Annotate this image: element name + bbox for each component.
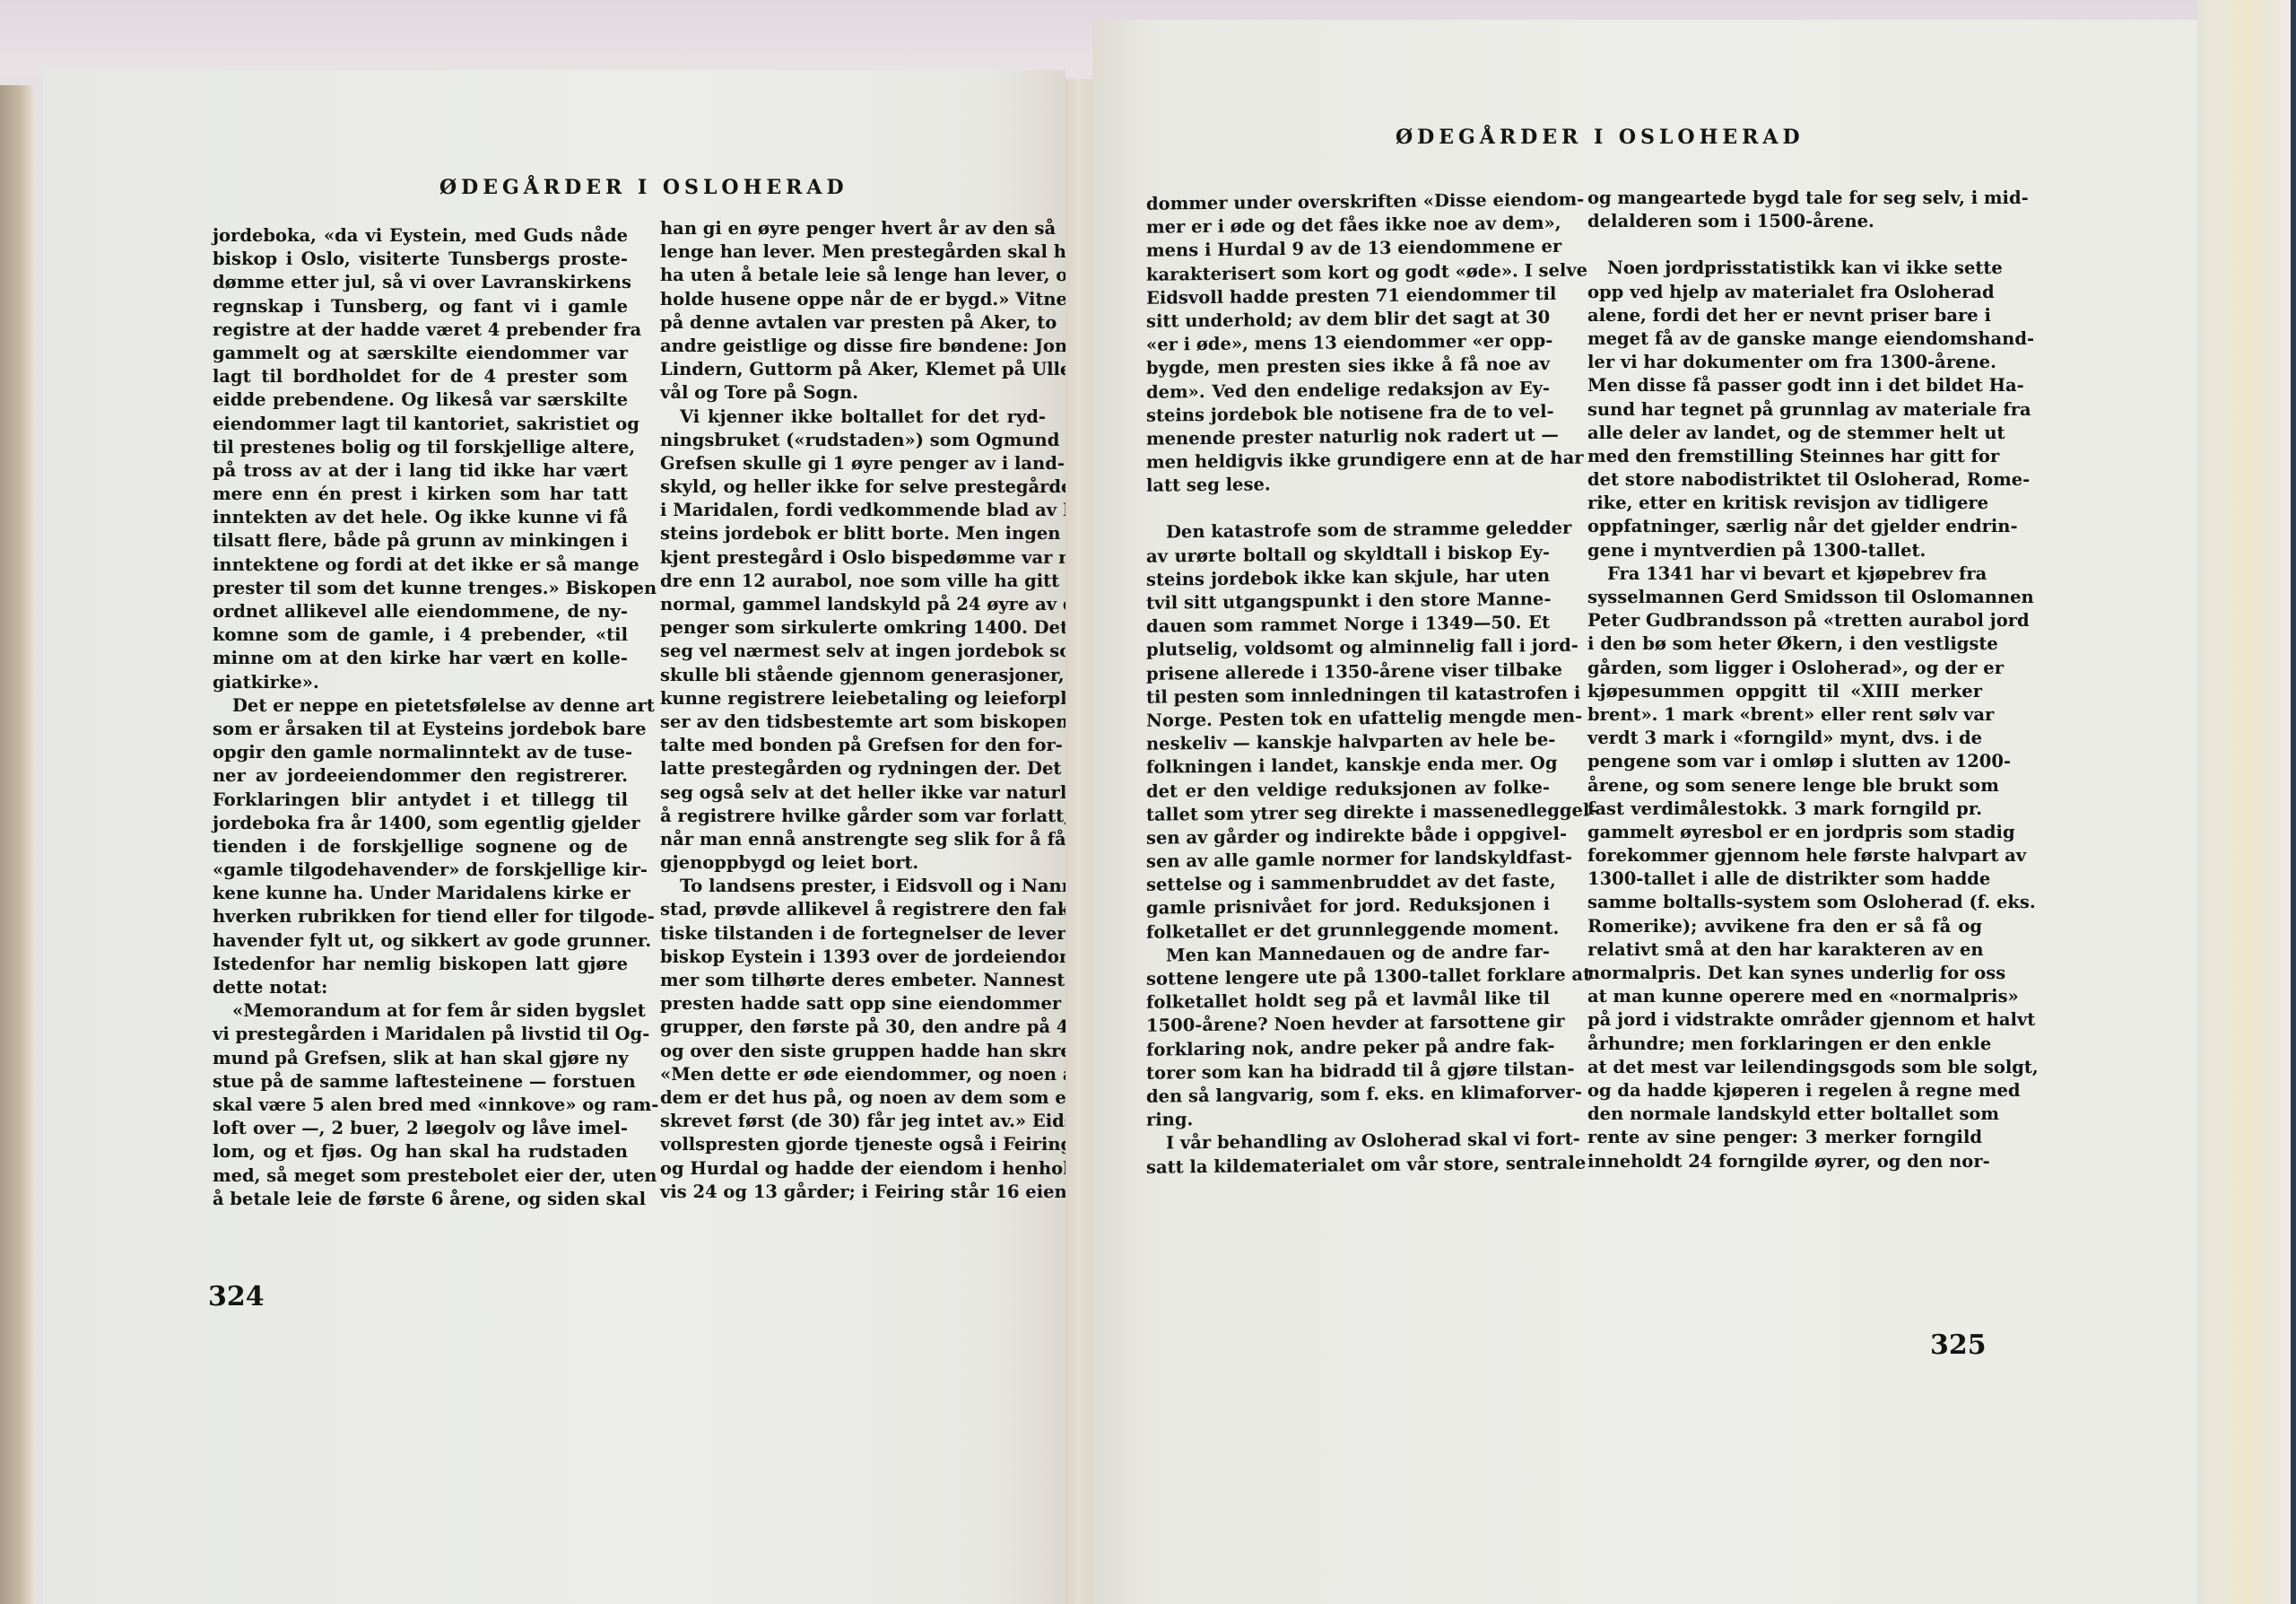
text-line: med den fremstilling Steinnes har gitt f… [1587,445,1982,468]
text-line: og Hurdal og hadde der eiendom i henhold… [660,1157,1046,1181]
text-line: opgir den gamle normalinntekt av de tuse… [213,741,628,764]
page-number-right: 325 [1930,1329,1987,1361]
text-line: hverken rubrikken for tiend eller for ti… [213,905,628,928]
text-line: som er årsaken til at Eysteins jordebok … [213,718,628,741]
text-line: loft over —, 2 buer, 2 løegolv og låve i… [213,1117,628,1140]
page-number-left: 324 [208,1281,265,1312]
text-line: og mangeartede bygd tale for seg selv, i… [1587,187,1982,210]
text-line: normal, gammel landskyld på 24 øyre av d… [660,593,1046,616]
text-line: ningsbruket («rudstaden») som Ogmund på [660,429,1046,452]
text-line: Forklaringen blir antydet i et tillegg t… [213,789,628,812]
text-line: gammelt øyresbol er en jordpris som stad… [1587,821,1982,844]
text-line: meget få av de ganske mange eiendomshand… [1587,327,1982,351]
running-head-left: ØDEGÅRDER I OSLOHERAD [439,176,848,199]
text-line: oppfatninger, særlig når det gjelder end… [1587,515,1982,538]
text-line: mens i Hurdal 9 av de 13 eiendommene er [1146,235,1550,263]
text-line: «Memorandum at for fem år siden bygslet [213,999,628,1023]
text-line: rike, etter en kritisk revisjon av tidli… [1587,492,1982,515]
text-line: talte med bonden på Grefsen for den for- [660,734,1046,757]
text-line: årene, og som senere lenge ble brukt som [1587,774,1982,798]
text-line: ner av jordeeiendommer den registrerer. [213,764,628,788]
text-line: latte prestegården og rydningen der. Det… [660,757,1046,780]
text-line: forekommer gjennom hele første halvpart … [1587,844,1982,867]
page-edges-right [2197,0,2296,1604]
text-line: med, så meget som prestebolet eier der, … [213,1164,628,1188]
text-line: opp ved hjelp av materialet fra Oslohera… [1587,281,1982,304]
text-line: i den bø som heter Økern, i den vestligs… [1587,632,1982,656]
text-line: vål og Tore på Sogn. [660,381,1046,405]
text-line: på jord i vidstrakte områder gjennom et … [1587,1008,1982,1032]
left-page-column-2: han gi en øyre penger hvert år av den så… [660,217,1046,1204]
text-line: mund på Grefsen, slik at han skal gjøre … [213,1047,628,1070]
text-line: Lindern, Guttorm på Aker, Klemet på Ulle… [660,358,1046,381]
text-line: inneholdt 24 forngilde øyrer, og den nor… [1587,1150,1982,1173]
text-line: å registrere hvilke gårder som var forla… [660,805,1046,828]
text-line: To landsens prester, i Eidsvoll og i Nan… [660,875,1046,898]
text-line: inntekten av det hele. Og ikke kunne vi … [213,506,628,529]
text-line: presten hadde satt opp sine eiendommer i… [660,992,1046,1016]
text-line: normalpris. Det kan synes underlig for o… [1587,962,1982,985]
left-page-column-1: jordeboka, «da vi Eystein, med Guds nåde… [213,224,628,1211]
text-line: til prestenes bolig og til forskjellige … [213,436,628,459]
text-line: relativt små at den har karakteren av en [1587,938,1982,962]
text-line: mer som tilhørte deres embeter. Nannesta… [660,969,1046,992]
text-line: i Maridalen, fordi vedkommende blad av E… [660,499,1046,522]
text-line: Peter Gudbrandsson på «tretten aurabol j… [1587,609,1982,632]
text-line: Istedenfor har nemlig biskopen latt gjør… [213,953,628,976]
right-page: ØDEGÅRDER I OSLOHERAD dommer under overs… [1092,20,2197,1604]
text-line: skrevet først (de 30) får jeg intet av.»… [660,1110,1046,1133]
text-line: stue på de samme laftesteinene — forstue… [213,1070,628,1094]
text-line: tienden i de forskjellige sognene og de [213,835,628,859]
text-line: stad, prøvde allikevel å registrere den … [660,898,1046,921]
text-line: seg vel nærmest selv at ingen jordebok s… [660,640,1046,663]
text-line: og da hadde kjøperen i regelen å regne m… [1587,1079,1982,1103]
text-line: ser av den tidsbestemte art som biskopen… [660,710,1046,734]
left-page: ØDEGÅRDER I OSLOHERAD jordeboka, «da vi … [43,70,1065,1604]
text-line: at det mest var leilendingsgods som ble … [1587,1056,1982,1079]
text-line: vi prestegården i Maridalen på livstid t… [213,1023,628,1046]
text-line: det store nabodistriktet til Osloherad, … [1587,468,1982,492]
text-line: «gamle tilgodehavender» de forskjellige … [213,859,628,882]
text-line: komne som de gamle, i 4 prebender, «til [213,623,628,647]
text-line: alle deler av landet, og de stemmer helt… [1587,422,1982,445]
text-line: gammelt og at særskilte eiendommer var [213,342,628,365]
text-line: skal være 5 alen bred med «innkove» og r… [213,1094,628,1117]
text-line: Grefsen skulle gi 1 øyre penger av i lan… [660,452,1046,475]
text-line: den så langvarig, som f. eks. en klimafo… [1146,1081,1550,1109]
text-line: gården, som ligger i Osloherad», og der … [1587,657,1982,680]
text-line: folkningen i landet, kanskje enda mer. O… [1146,752,1550,780]
text-line: grupper, den første på 30, den andre på … [660,1016,1046,1039]
text-line: vollspresten gjorde tjeneste også i Feir… [660,1133,1046,1156]
text-line: prester til som det kunne trenges.» Bisk… [213,577,628,600]
text-line: delalderen som i 1500-årene. [1587,210,1982,233]
text-line: kene kunne ha. Under Maridalens kirke er [213,882,628,905]
text-line: jordeboka fra år 1400, som egentlig gjel… [213,812,628,835]
text-line: Romerike); avvikene fra den er så få og [1587,915,1982,938]
text-line: dømme etter jul, så vi over Lavranskirke… [213,271,628,294]
text-line: 1500-årene? Noen hevder at farsottene gi… [1146,1010,1550,1038]
text-line: seg også selv at det heller ikke var nat… [660,781,1046,805]
text-line: lom, og et fjøs. Og han skal ha rudstade… [213,1140,628,1164]
text-line: vis 24 og 13 gårder; i Feiring står 16 e… [660,1181,1046,1204]
text-line: bygde, men presten sies ikke å få noe av [1146,353,1550,380]
text-line: at man kunne operere med en «normalpris» [1587,985,1982,1008]
text-line: havender fylt ut, og sikkert av gode gru… [213,929,628,953]
text-line: kunne registrere leiebetaling og leiefor… [660,687,1046,710]
text-line: ha uten å betale leie så lenge han lever… [660,264,1046,287]
text-line: verdt 3 mark i «forngild» mynt, dvs. i d… [1587,727,1982,750]
text-line: Det er neppe en pietetsfølelse av denne … [213,694,628,718]
text-line: Men disse få passer godt inn i det bilde… [1587,374,1982,397]
text-line: andre geistlige og disse fire bøndene: J… [660,335,1046,358]
text-line: satt la kildematerialet om vår store, se… [1146,1152,1550,1180]
text-line: ler vi har dokumenter om fra 1300-årene. [1587,351,1982,374]
text-line: dem er det hus på, og noen av dem som er [660,1086,1046,1110]
text-line: gene i myntverdien på 1300-tallet. [1587,539,1982,562]
text-line: «Men dette er øde eiendommer, og noen av [660,1063,1046,1086]
page-edges-left [0,85,34,1604]
text-line: og over den siste gruppen hadde han skre… [660,1040,1046,1063]
text-line: skulle bli stående gjennom generasjoner, [660,664,1046,687]
text-line: eidde prebendene. Og likeså var særskilt… [213,388,628,412]
text-line: eiendommer lagt til kantoriet, sakristie… [213,413,628,436]
text-line: han gi en øyre penger hvert år av den så [660,217,1046,240]
text-line: den normale landskyld etter boltallet so… [1587,1103,1982,1126]
book-gutter [1065,79,1092,1604]
text-line: tiske tilstanden i de fortegnelser de le… [660,922,1046,946]
text-line: holde husene oppe når de er bygd.» Vitne… [660,288,1046,311]
text-line: lenge han lever. Men prestegården skal h… [660,240,1046,264]
text-line: inntektene og fordi at det ikke er så ma… [213,554,628,577]
text-line: å betale leie de første 6 årene, og side… [213,1188,628,1211]
text-line: århundre; men forklaringen er den enkle [1587,1033,1982,1056]
right-page-column-2: og mangeartede bygd tale for seg selv, i… [1587,187,1982,1173]
text-line: kjøpesummen oppgitt til «XIII merker [1587,680,1982,703]
text-line: I vår behandling av Osloherad skal vi fo… [1146,1128,1550,1155]
text-line: sysselmannen Gerd Smidsson til Oslomanne… [1587,586,1982,609]
text-line: rente av sine penger: 3 merker forngild [1587,1126,1982,1149]
text-line: biskop i Oslo, visiterte Tunsbergs prost… [213,248,628,271]
text-line: når man ennå anstrengte seg slik for å f… [660,828,1046,851]
text-line: penger som sirkulerte omkring 1400. Det … [660,616,1046,640]
text-line: gjenoppbygd og leiet bort. [660,851,1046,875]
text-line: fast verdimålestokk. 3 mark forngild pr. [1587,798,1982,821]
text-line: regnskap i Tunsberg, og fant vi i gamle [213,295,628,318]
text-line: giatkirke». [213,671,628,694]
text-line: tilsatt flere, både på grunn av minkinge… [213,529,628,553]
text-line: dette notat: [213,976,628,999]
text-line: minne om at den kirke har vært en kolle- [213,647,628,670]
text-line: Fra 1341 har vi bevart et kjøpebrev fra [1587,562,1982,586]
text-line: sund har tegnet på grunnlag av materiale… [1587,398,1982,422]
text-line: plutselig, voldsomt og alminnelig fall i… [1146,634,1550,662]
text-line: brent». 1 mark «brent» eller rent sølv v… [1587,703,1982,727]
right-page-column-1: dommer under overskriften «Disse eiendom… [1146,188,1550,1179]
running-head-right: ØDEGÅRDER I OSLOHERAD [1396,126,1805,149]
text-line: dre enn 12 aurabol, noe som ville ha git… [660,570,1046,593]
text-line: skyld, og heller ikke for selve prestegå… [660,475,1046,499]
text-line: biskop Eystein i 1393 over de jordeiendo… [660,946,1046,969]
text-line: pengene som var i omløp i slutten av 120… [1587,750,1982,773]
text-line: alene, fordi det her er nevnt priser bar… [1587,304,1982,327]
text-line: steins jordebok er blitt borte. Men inge… [660,522,1046,545]
text-line: kjent prestegård i Oslo bispedømme var m… [660,546,1046,570]
text-line: Noen jordprisstatistikk kan vi ikke sett… [1587,257,1982,280]
text-line: ordnet allikevel alle eiendommene, de ny… [213,600,628,623]
text-line: men heldigvis ikke grundigere enn at de … [1146,447,1550,475]
text-line: 1300-tallet i alle de distrikter som had… [1587,867,1982,891]
text-line: lagt til bordholdet for de 4 prester som [213,365,628,388]
paragraph-gap [1587,233,1982,257]
text-line: registre at der hadde været 4 prebender … [213,318,628,342]
text-line: samme boltalls-system som Osloherad (f. … [1587,891,1982,914]
text-line: mere enn én prest i kirken som har tatt [213,483,628,506]
text-line: på tross av at der i lang tid ikke har v… [213,459,628,483]
text-line: jordeboka, «da vi Eystein, med Guds nåde [213,224,628,248]
text-line: på denne avtalen var presten på Aker, to [660,311,1046,335]
text-line: Vi kjenner ikke boltallet for det ryd- [660,405,1046,429]
